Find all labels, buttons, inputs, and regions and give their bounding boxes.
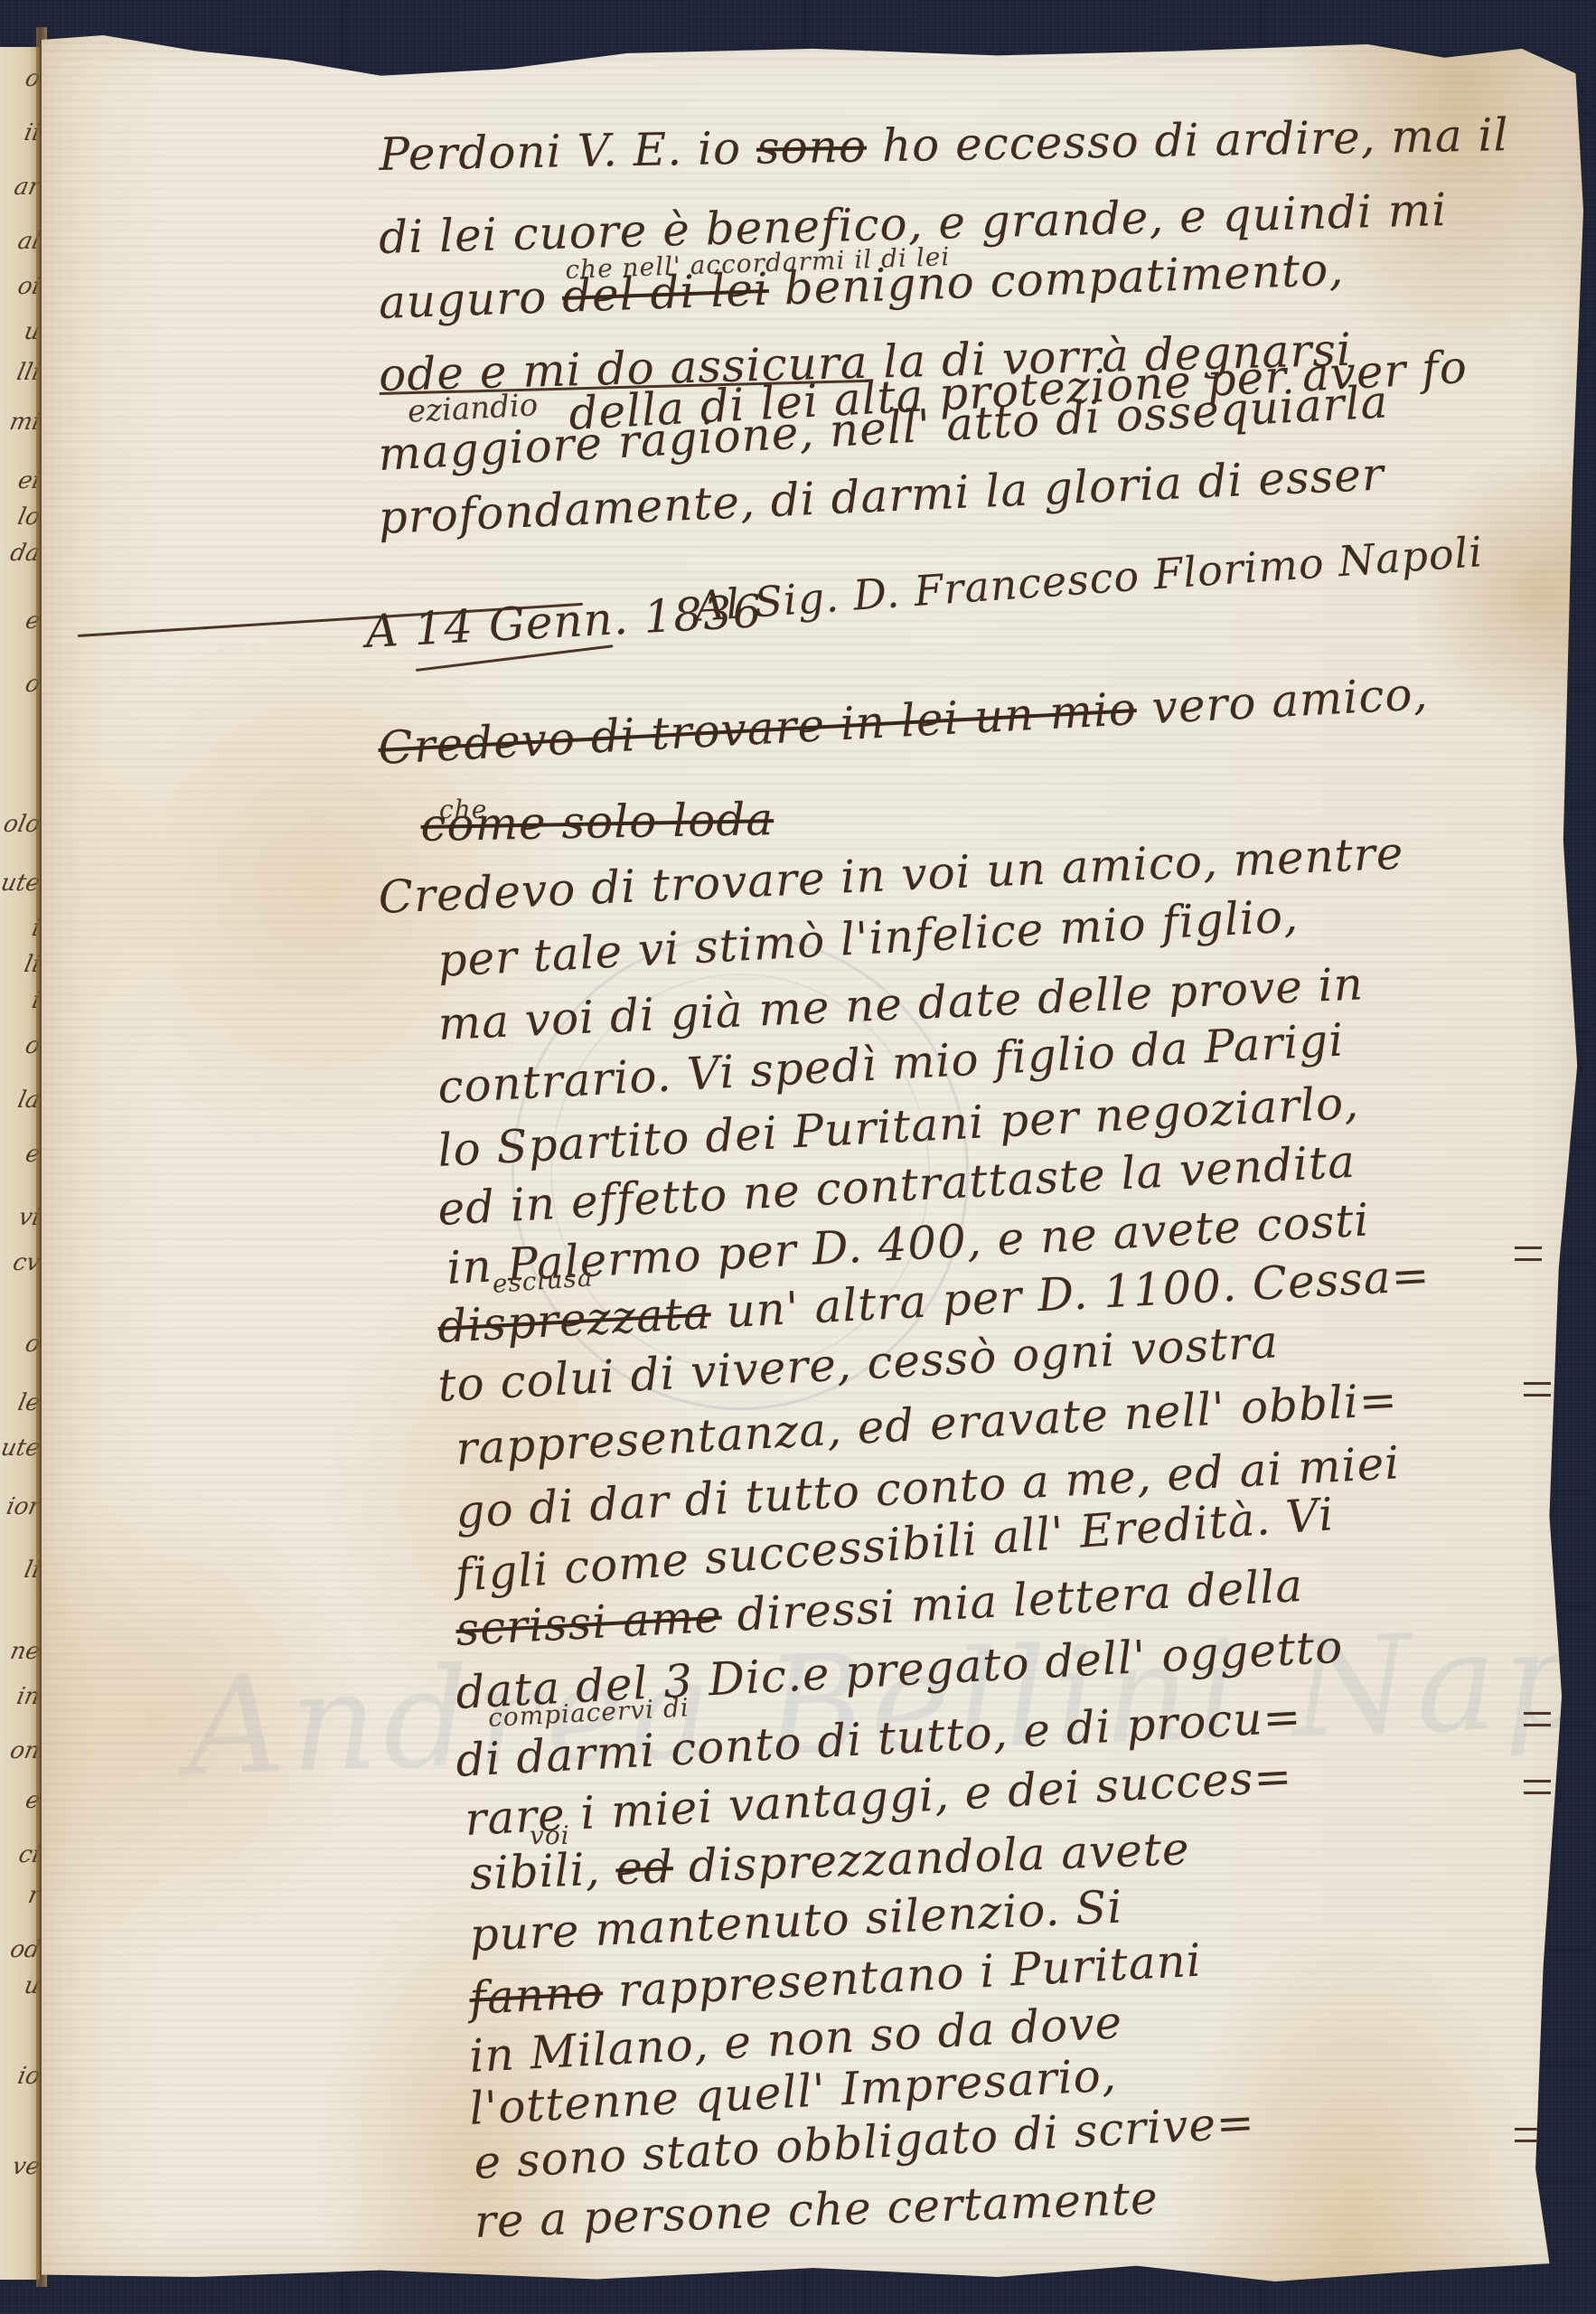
fragment-text: ci <box>0 1841 40 1868</box>
fragment-text: olo <box>0 811 40 838</box>
fragment-text: oi <box>0 273 40 300</box>
text-line: come solo loda <box>420 793 775 851</box>
fragment-text: li <box>0 951 40 978</box>
struck-text: sono <box>756 120 867 174</box>
fragment-text: io <box>0 2063 40 2090</box>
fragment-text: u <box>0 1972 40 1999</box>
fragment-text: da <box>0 540 40 567</box>
text-run: sibili, <box>469 1842 616 1900</box>
fragment-text: ior <box>0 1493 40 1520</box>
addressee: Al Sig. D. Francesco Florimo Napoli <box>693 527 1484 631</box>
fragment-text: lli <box>0 359 40 386</box>
fragment-text: ute <box>0 1434 40 1462</box>
fragment-text: e <box>0 1787 40 1814</box>
fragment-text: ar <box>0 174 40 201</box>
fragment-text: i <box>0 987 40 1014</box>
adjacent-page-fragment: o ii ar al oi u lli mi ei lo da e o olo … <box>0 47 40 2280</box>
fragment-text: ne <box>0 1638 40 1665</box>
hyphenation-mark <box>1524 1712 1551 1726</box>
fragment-text: o <box>0 671 40 698</box>
fragment-text: o <box>0 65 40 92</box>
struck-text: fanno <box>468 1965 605 2025</box>
fragment-text: o <box>0 1331 40 1358</box>
fragment-text: in <box>0 1683 40 1710</box>
fragment-text: o <box>0 1032 40 1059</box>
text-run: Perdoni V. E. io <box>379 122 756 181</box>
fragment-text: al <box>0 228 40 255</box>
fragment-text: od <box>0 1936 40 1963</box>
fragment-text: vi <box>0 1204 40 1231</box>
text-line: Perdoni V. E. io sono ho eccesso di ardi… <box>379 108 1509 181</box>
fragment-text: r <box>0 1882 40 1909</box>
text-run: vero amico, <box>1135 667 1429 735</box>
text-run: auguro <box>378 270 563 329</box>
fragment-text: e <box>0 1141 40 1168</box>
struck-text: del di lei <box>561 263 770 323</box>
fragment-text: u <box>0 318 40 345</box>
hyphenation-mark <box>1524 1780 1551 1794</box>
text-run: ho eccesso di ardire, ma il <box>866 108 1508 172</box>
struck-text: ed <box>615 1840 674 1895</box>
fragment-text: cv <box>0 1249 40 1276</box>
hyphenation-mark <box>1524 1382 1551 1397</box>
fragment-text: ei <box>0 467 40 494</box>
fragment-text: lo <box>0 503 40 531</box>
fragment-text: i <box>0 915 40 942</box>
fragment-text: ii <box>0 119 40 146</box>
fragment-text: le <box>0 1389 40 1416</box>
fragment-text: mi <box>0 409 40 436</box>
struck-text: come solo loda <box>420 793 775 851</box>
struck-text: Credevo di trovare in lei un <box>377 687 1051 775</box>
fragment-text: ute <box>0 870 40 897</box>
text-line: Credevo di trovare in lei un mio vero am… <box>377 667 1430 775</box>
fragment-text: li <box>0 1557 40 1584</box>
fragment-text: on <box>0 1737 40 1764</box>
fragment-text: ve <box>0 2153 40 2180</box>
fragment-text: la <box>0 1086 40 1114</box>
hyphenation-mark <box>1515 1246 1542 1261</box>
fragment-text: e <box>0 607 40 635</box>
manuscript-page: Andrea Bellini Napoli Perdoni V. E. io s… <box>42 31 1583 2281</box>
struck-text: mio <box>1048 682 1138 739</box>
